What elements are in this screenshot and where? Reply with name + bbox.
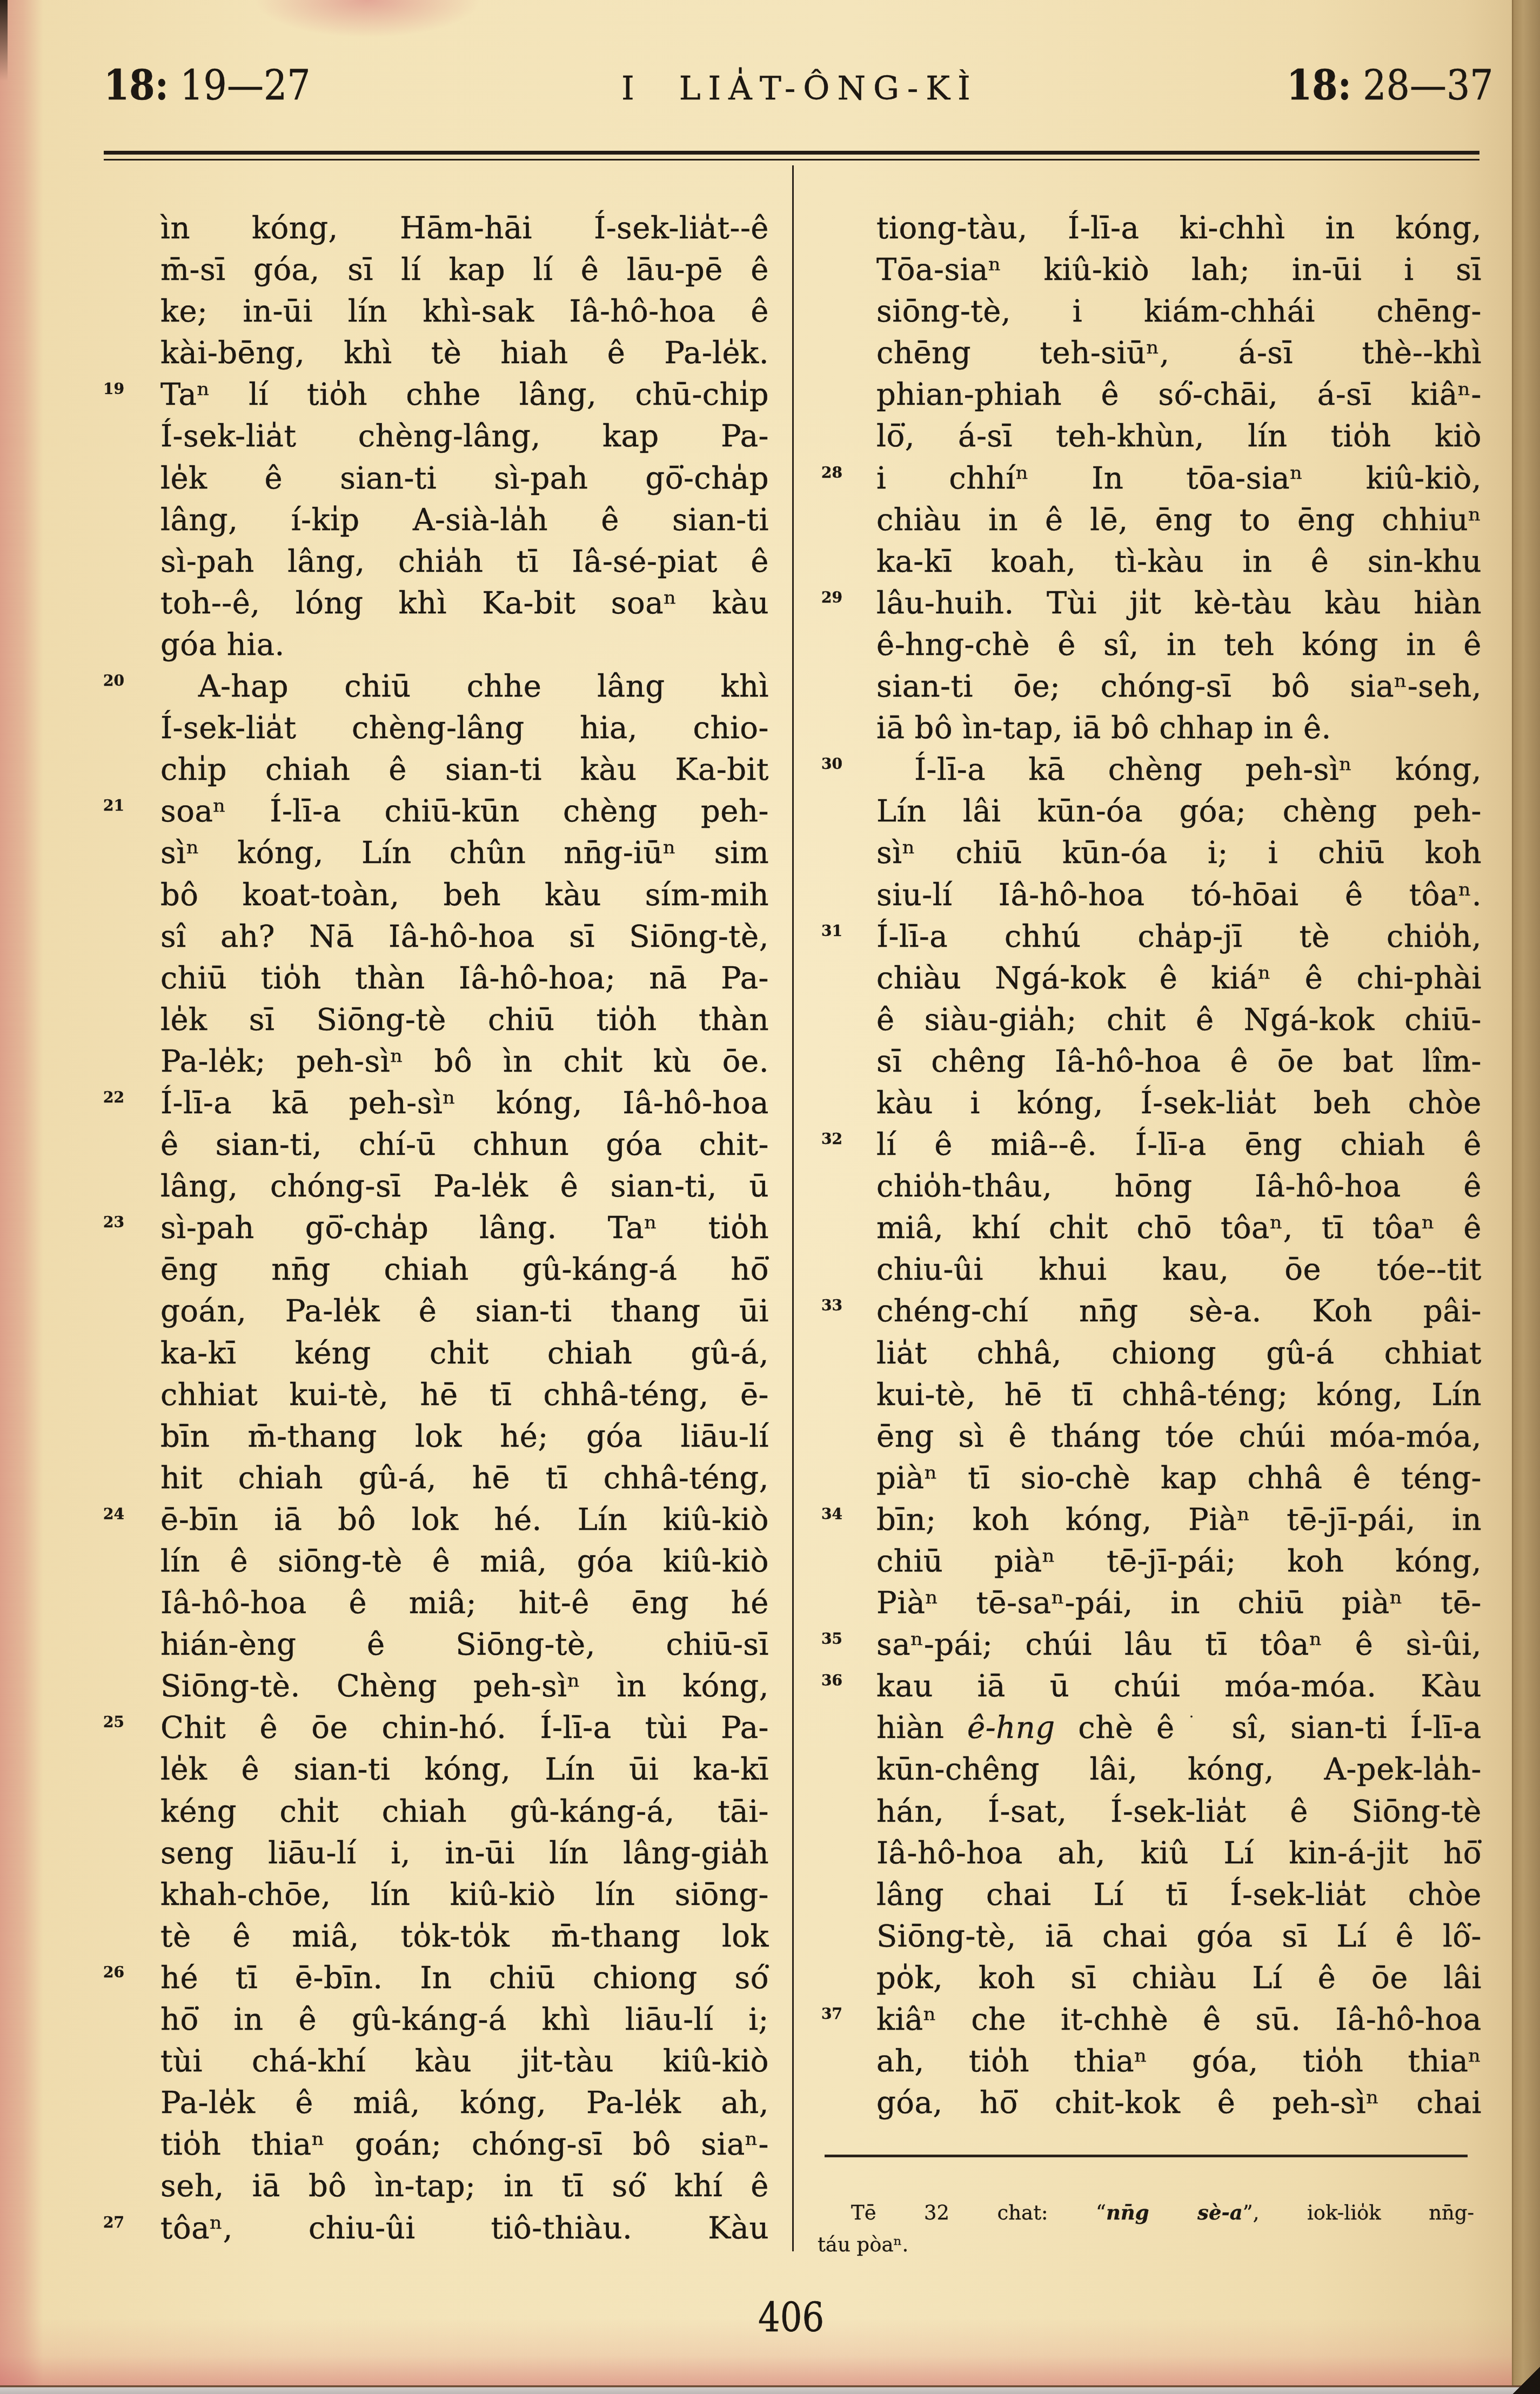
line-text: chè ê: [1055, 1710, 1175, 1746]
text-line: lâng, í-ki̍p A-sià-la̍h ê sian-ti: [160, 499, 769, 541]
verse-line: 21soaⁿ Í-lī-a chiū-kūn chèng peh-: [160, 791, 769, 832]
verse-number: 20: [103, 673, 124, 688]
text-line: siōng-tè, i kiám-chhái chēng-: [876, 291, 1482, 332]
verse-number: 35: [821, 1631, 842, 1647]
text-line: ê-hng-chè ê sî, in teh kóng in ê: [876, 624, 1482, 666]
text-line: sian-ti ōe; chóng-sī bô siaⁿ-seh,: [876, 666, 1482, 707]
text-line: Pa-le̍k; peh-sìⁿ bô ìn chi̍t kù ōe.: [160, 1041, 769, 1082]
footnote: Tē 32 chat: “nn̄g sè-a”, iok-lio̍k nn̄g-…: [818, 2196, 1474, 2261]
footnote-rule: [825, 2155, 1468, 2157]
text-line: chiàu in ê lē, ēng to ēng chhiuⁿ: [876, 499, 1482, 541]
footnote-italic-term: nn̄g sè-a: [1106, 2201, 1243, 2224]
verse-line: 35saⁿ-pái; chúi lâu tī tôaⁿ ê sì-ûi,: [876, 1624, 1482, 1666]
verse-line: 29lâu-huih. Tùi ji̍t kè-tàu kàu hiàn: [876, 583, 1482, 624]
text-line: khah-chōe, lín kiû-kiò lín siōng-: [160, 1874, 769, 1916]
footnote-text: Tē 32 chat: “: [851, 2201, 1106, 2224]
text-line: Í-sek-lia̍t chèng-lâng hia, chio-: [160, 707, 769, 749]
line-text: A-hap chiū chhe lâng khì: [198, 669, 769, 704]
header-left-verses: 19—27: [180, 62, 310, 109]
text-line: Siōng-tè. Chèng peh-sìⁿ ìn kóng,: [160, 1666, 769, 1707]
text-line: ēng sì ê tháng tóe chúi móa-móa,: [876, 1416, 1482, 1457]
line-text: bīn; koh kóng, Piàⁿ tē-jī-pái, in: [876, 1502, 1482, 1537]
text-line: tio̍h thiaⁿ goán; chóng-sī bô siaⁿ-: [160, 2124, 769, 2165]
page-bottom-edge: [0, 2385, 1540, 2394]
text-line: Siōng-tè, iā chai góa sī Lí ê lô͘-: [876, 1916, 1482, 1957]
text-line: m̄-sī góa, sī lí kap lí ê lāu-pē ê: [160, 249, 769, 291]
footnote-line: táu pòaⁿ.: [818, 2229, 1474, 2261]
line-text: kiâⁿ che it-chhè ê sū. Iâ-hô-hoa: [876, 2002, 1482, 2037]
header-right-reference: 18: 28—37: [1287, 65, 1493, 106]
italic-term: ê-hng: [967, 1710, 1055, 1746]
text-line: hiàn ê-hng chè ê˙ sî, sian-ti Í-lī-a: [876, 1707, 1482, 1749]
text-line: ìn kóng, Hām-hāi Í-sek-lia̍t--ê: [160, 208, 769, 249]
verse-line: 25Chit ê ōe chin-hó. Í-lī-a tùi Pa-: [160, 1707, 769, 1749]
text-line: chēng teh-siūⁿ, á-sī thè--khì: [876, 332, 1482, 374]
line-text: Chit ê ōe chin-hó. Í-lī-a tùi Pa-: [160, 1710, 769, 1746]
page-edge-stain-left: [0, 0, 46, 2394]
verse-line: 24ē-bīn iā bô lok hé. Lín kiû-kiò: [160, 1499, 769, 1541]
page-edge-stain-top: [254, 0, 481, 38]
text-line: piàⁿ tī sio-chè kap chhâ ê téng-: [876, 1457, 1482, 1499]
line-text: lâu-huih. Tùi ji̍t kè-tàu kàu hiàn: [876, 586, 1482, 621]
text-line: lia̍t chhâ, chiong gû-á chhiat: [876, 1333, 1482, 1374]
book-title: I LIA̍T-ÔNG-KÌ: [621, 72, 978, 105]
verse-number: 33: [821, 1298, 842, 1313]
text-line: chiàu Ngá-kok ê kiáⁿ ê chi-phài: [876, 958, 1482, 999]
text-line: góa, hō͘ chit-kok ê peh-sìⁿ chai: [876, 2082, 1482, 2124]
text-line: ka-kī kéng chi̍t chiah gû-á,: [160, 1333, 769, 1374]
text-line: chio̍h-thâu, hōng Iâ-hô-hoa ê: [876, 1166, 1482, 1207]
line-text: Í-lī-a chhú cha̍p-jī tè chio̍h,: [876, 919, 1482, 954]
verse-number: 29: [821, 590, 842, 605]
verse-line: 23sì-pah gō͘-cha̍p lâng. Taⁿ tio̍h: [160, 1207, 769, 1249]
verse-line: 33chéng-chí nn̄g sè-a. Koh pâi-: [876, 1290, 1482, 1332]
text-line: ke; in-ūi lín khì-sak Iâ-hô-hoa ê: [160, 291, 769, 332]
line-text: i chhíⁿ In tōa-siaⁿ kiû-kiò,: [876, 461, 1482, 496]
verse-number: 22: [103, 1090, 124, 1105]
text-line: lâng, chóng-sī Pa-le̍k ê sian-ti, ū: [160, 1166, 769, 1207]
verse-line: 19Taⁿ lí tio̍h chhe lâng, chū-chi̍p: [160, 374, 769, 416]
text-line: kūn-chêng lâi, kóng, A-pek-la̍h-: [876, 1749, 1482, 1790]
column-divider: [792, 165, 794, 2251]
verse-number: 21: [103, 798, 124, 813]
header-rule-thick: [104, 151, 1479, 155]
text-line: hō͘ in ê gû-káng-á khì liāu-lí i;: [160, 1999, 769, 2041]
verse-number: 24: [103, 1507, 124, 1522]
header-left-reference: 18: 19—27: [104, 65, 310, 106]
verse-number: 27: [103, 2215, 124, 2230]
text-line: sìⁿ chiū kūn-óa i; i chiū koh: [876, 832, 1482, 874]
verse-line: 34bīn; koh kóng, Piàⁿ tē-jī-pái, in: [876, 1499, 1482, 1541]
text-line: goán, Pa-le̍k ê sian-ti thang ūi: [160, 1290, 769, 1332]
line-text: chéng-chí nn̄g sè-a. Koh pâi-: [876, 1294, 1482, 1329]
left-column: ìn kóng, Hām-hāi Í-sek-lia̍t--ê m̄-sī gó…: [160, 208, 769, 2249]
page-number: 406: [758, 2297, 824, 2338]
text-line: kài-bēng, khì tè hiah ê Pa-le̍k.: [160, 332, 769, 374]
verse-line: 31Í-lī-a chhú cha̍p-jī tè chio̍h,: [876, 916, 1482, 958]
text-line: góa hia.: [160, 624, 769, 666]
line-text: sî, sian-ti Í-lī-a: [1209, 1710, 1482, 1746]
text-line: seng liāu-lí i, in-ūi lín lâng-gia̍h: [160, 1833, 769, 1874]
text-line: sī chêng Iâ-hô-hoa ê ōe bat lîm-: [876, 1041, 1482, 1082]
verse-number: 25: [103, 1715, 124, 1730]
footnote-mark: ˙: [1175, 1713, 1209, 1731]
text-line: chiū tio̍h thàn Iâ-hô-hoa; nā Pa-: [160, 958, 769, 999]
text-line: lō͘, á-sī teh-khùn, lín tio̍h kiò: [876, 416, 1482, 457]
line-text: tôaⁿ, chiu-ûi tiô-thiàu. Kàu: [160, 2211, 769, 2246]
text-line: bô koat-toàn, beh kàu sím-mih: [160, 874, 769, 916]
verse-line: 20A-hap chiū chhe lâng khì: [160, 666, 769, 707]
text-line: toh--ê, lóng khì Ka-bit soaⁿ kàu: [160, 583, 769, 624]
line-text: hiàn: [876, 1710, 967, 1746]
text-line: le̍k ê sian-ti sì-pah gō͘-cha̍p: [160, 458, 769, 499]
verse-line: 27tôaⁿ, chiu-ûi tiô-thiàu. Kàu: [160, 2208, 769, 2249]
text-line: sî ah? Nā Iâ-hô-hoa sī Siōng-tè,: [160, 916, 769, 958]
text-line: tè ê miâ, to̍k-to̍k m̄-thang lok: [160, 1916, 769, 1957]
header-left-chapter: 18:: [104, 61, 169, 110]
line-text: Taⁿ lí tio̍h chhe lâng, chū-chi̍p: [160, 377, 769, 412]
verse-number: 36: [821, 1673, 842, 1688]
text-line: Piàⁿ tē-saⁿ-pái, in chiū piàⁿ tē-: [876, 1582, 1482, 1624]
page-edge-stain-bottom: [0, 2318, 1513, 2386]
line-text: soaⁿ Í-lī-a chiū-kūn chèng peh-: [160, 794, 769, 829]
verse-line: 28i chhíⁿ In tōa-siaⁿ kiû-kiò,: [876, 458, 1482, 499]
line-text: Í-lī-a kā chèng peh-sìⁿ kóng,: [914, 752, 1482, 787]
text-line: ah, tio̍h thiaⁿ góa, tio̍h thiaⁿ: [876, 2041, 1482, 2082]
verse-number: 32: [821, 1132, 842, 1147]
text-line: hán, Í-sat, Í-sek-lia̍t ê Siōng-tè: [876, 1791, 1482, 1833]
text-line: ēng nn̄g chiah gû-káng-á hō͘: [160, 1249, 769, 1290]
page-corner-shadow: [1513, 2367, 1540, 2394]
text-line: ka-kī koah, tì-kàu in ê sin-khu: [876, 541, 1482, 583]
text-line: seh, iā bô ìn-tap; in tī só͘ khí ê: [160, 2165, 769, 2207]
text-line: chhiat kui-tè, hē tī chhâ-téng, ē-: [160, 1374, 769, 1416]
verse-line: 26hé tī ē-bīn. In chiū chiong só͘: [160, 1957, 769, 1999]
verse-line: 37kiâⁿ che it-chhè ê sū. Iâ-hô-hoa: [876, 1999, 1482, 2041]
text-line: sìⁿ kóng, Lín chûn nn̄g-iūⁿ sim: [160, 832, 769, 874]
line-text: lí ê miâ--ê. Í-lī-a ēng chiah ê: [876, 1127, 1482, 1162]
line-text: Í-lī-a kā peh-sìⁿ kóng, Iâ-hô-hoa: [160, 1086, 769, 1121]
text-line: chiū piàⁿ tē-jī-pái; koh kóng,: [876, 1541, 1482, 1582]
verse-number: 26: [103, 1965, 124, 1980]
verse-number: 34: [821, 1507, 842, 1522]
text-line: tùi chá-khí kàu ji̍t-tàu kiû-kiò: [160, 2041, 769, 2082]
verse-line: 32lí ê miâ--ê. Í-lī-a ēng chiah ê: [876, 1124, 1482, 1166]
text-line: Iâ-hô-hoa ê miâ; hit-ê ēng hé: [160, 1582, 769, 1624]
verse-number: 28: [821, 465, 842, 480]
header-rule-thin: [104, 159, 1479, 161]
text-line: lín ê siōng-tè ê miâ, góa kiû-kiò: [160, 1541, 769, 1582]
header-right-chapter: 18:: [1287, 61, 1351, 110]
text-line: chi̍p chiah ê sian-ti kàu Ka-bit: [160, 749, 769, 791]
footnote-text: ”, iok-lio̍k nn̄g-: [1243, 2201, 1474, 2224]
text-line: hit chiah gû-á, hē tī chhâ-téng,: [160, 1457, 769, 1499]
verse-line: 22Í-lī-a kā peh-sìⁿ kóng, Iâ-hô-hoa: [160, 1082, 769, 1124]
book-binding-edge: [1512, 0, 1540, 2385]
verse-number: 37: [821, 2007, 842, 2022]
text-line: siu-lí Iâ-hô-hoa tó-hōai ê tôaⁿ.: [876, 874, 1482, 916]
text-line: Í-sek-lia̍t chèng-lâng, kap Pa-: [160, 416, 769, 457]
text-line: le̍k sī Siōng-tè chiū tio̍h thàn: [160, 999, 769, 1041]
footnote-line: Tē 32 chat: “nn̄g sè-a”, iok-lio̍k nn̄g-: [818, 2196, 1474, 2229]
verse-number: 31: [821, 924, 842, 939]
text-line: kàu i kóng, Í-sek-lia̍t beh chòe: [876, 1082, 1482, 1124]
text-line: tiong-tàu, Í-lī-a ki-chhì in kóng,: [876, 208, 1482, 249]
text-line: Pa-le̍k ê miâ, kóng, Pa-le̍k ah,: [160, 2082, 769, 2124]
text-line: kéng chi̍t chiah gû-káng-á, tāi-: [160, 1791, 769, 1833]
line-text: hé tī ē-bīn. In chiū chiong só͘: [160, 1961, 769, 1996]
text-line: sì-pah lâng, chia̍h tī Iâ-sé-piat ê: [160, 541, 769, 583]
text-line: iā bô ìn-tap, iā bô chhap in ê.: [876, 707, 1482, 749]
text-line: phian-phiah ê só͘-chāi, á-sī kiâⁿ-: [876, 374, 1482, 416]
text-line: bīn m̄-thang lok hé; góa liāu-lí: [160, 1416, 769, 1457]
verse-number: 30: [821, 757, 842, 772]
text-line: ê siàu-gia̍h; chit ê Ngá-kok chiū-: [876, 999, 1482, 1041]
text-line: hián-èng ê Siōng-tè, chiū-sī: [160, 1624, 769, 1666]
text-line: chiu-ûi khui kau, ōe tóe--tit: [876, 1249, 1482, 1290]
header-right-verses: 28—37: [1363, 62, 1493, 109]
verse-number: 23: [103, 1215, 124, 1230]
text-line: kui-tè, hē tī chhâ-téng; kóng, Lín: [876, 1374, 1482, 1416]
text-line: miâ, khí chi̍t chō tôaⁿ, tī tôaⁿ ê: [876, 1207, 1482, 1249]
page-corner-shadow: [0, 0, 8, 81]
line-text: ē-bīn iā bô lok hé. Lín kiû-kiò: [160, 1502, 769, 1537]
text-line: ê sian-ti, chí-ū chhun góa chit-: [160, 1124, 769, 1166]
line-text: sì-pah gō͘-cha̍p lâng. Taⁿ tio̍h: [160, 1211, 769, 1246]
verse-line: 36kau iā ū chúi móa-móa. Kàu: [876, 1666, 1482, 1707]
text-line: Lín lâi kūn-óa góa; chèng peh-: [876, 791, 1482, 832]
text-line: Tōa-siaⁿ kiû-kiò lah; in-ūi i sī: [876, 249, 1482, 291]
line-text: kau iā ū chúi móa-móa. Kàu: [876, 1669, 1482, 1704]
text-line: lâng chai Lí tī Í-sek-lia̍t chòe: [876, 1874, 1482, 1916]
right-column: tiong-tàu, Í-lī-a ki-chhì in kóng, Tōa-s…: [876, 208, 1482, 2124]
line-text: saⁿ-pái; chúi lâu tī tôaⁿ ê sì-ûi,: [876, 1627, 1482, 1662]
text-line: po̍k, koh sī chiàu Lí ê ōe lâi: [876, 1957, 1482, 1999]
text-line: le̍k ê sian-ti kóng, Lín ūi ka-kī: [160, 1749, 769, 1790]
book-page: 18: 19—27 I LIA̍T-ÔNG-KÌ 18: 28—37 ìn kó…: [0, 0, 1540, 2394]
verse-line: 30Í-lī-a kā chèng peh-sìⁿ kóng,: [876, 749, 1482, 791]
text-line: Iâ-hô-hoa ah, kiû Lí kin-á-ji̍t hō͘: [876, 1833, 1482, 1874]
verse-number: 19: [103, 382, 124, 397]
